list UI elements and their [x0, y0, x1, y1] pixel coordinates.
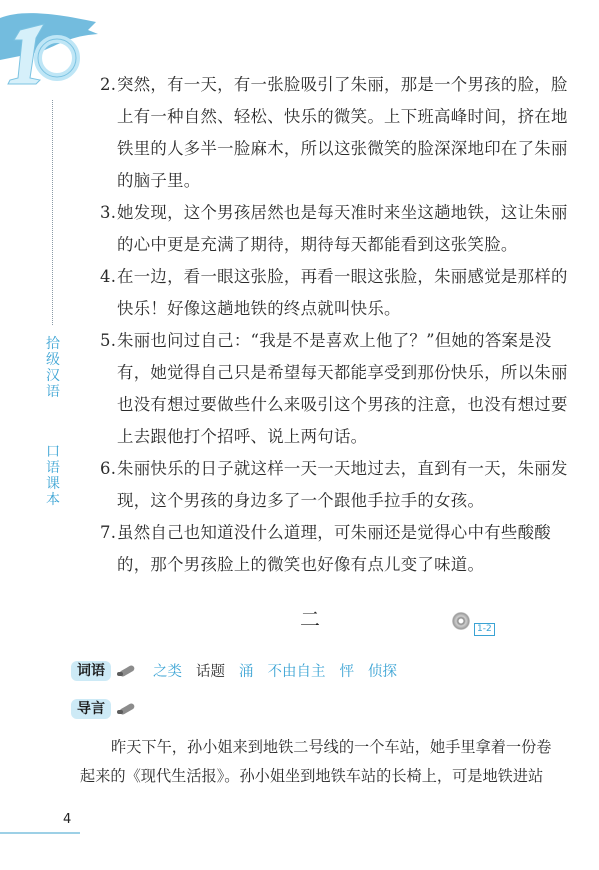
lesson-number-logo: 10: [0, 0, 110, 100]
vocab-word: 之类: [153, 660, 182, 681]
vocabulary-row: 词语 之类 话题 涌 不由自主 怦 侦探: [71, 660, 411, 681]
paragraph-item-7: 7. 虽然自己也知道没什么道理，可朱丽还是觉得心中有些酸酸 的，那个男孩脸上的微…: [100, 517, 545, 581]
vocabulary-list: 之类 话题 涌 不由自主 怦 侦探: [153, 660, 411, 681]
item-number: 7.: [100, 517, 116, 549]
item-number: 4.: [100, 261, 116, 293]
vocabulary-badge: 词语: [71, 661, 111, 681]
vocab-word: 话题: [196, 660, 225, 681]
audio-track-tag: 1-2: [474, 623, 495, 636]
paragraph-item-4: 4. 在一边，看一眼这张脸，再看一眼这张脸，朱丽感觉是那样的 快乐！好像这趟地铁…: [100, 261, 545, 325]
numbered-paragraph-list: 2. 突然，有一天，有一张脸吸引了朱丽，那是一个男孩的脸，脸 上有一种自然、轻松…: [100, 69, 545, 581]
section-heading: 二: [300, 603, 320, 632]
introduction-paragraph: 昨天下午，孙小姐来到地铁二号线的一个车站，她手里拿着一份卷 起来的《现代生活报》…: [80, 733, 550, 791]
pen-icon: [117, 664, 137, 678]
paragraph-item-2: 2. 突然，有一天，有一张脸吸引了朱丽，那是一个男孩的脸，脸 上有一种自然、轻松…: [100, 69, 545, 197]
item-number: 3.: [100, 197, 116, 229]
vocab-word: 不由自主: [268, 660, 326, 681]
paragraph-item-5: 5. 朱丽也问过自己：“我是不是喜欢上他了？”但她的答案是没 有，她觉得自己只是…: [100, 325, 545, 453]
book-title-vertical: 口 语 课 本: [43, 444, 63, 508]
item-number: 5.: [100, 325, 116, 357]
footer-rule: [0, 832, 80, 834]
vocab-word: 涌: [239, 660, 254, 681]
pen-icon: [117, 702, 137, 716]
introduction-row: 导言: [71, 699, 137, 719]
page-number: 4: [63, 812, 71, 827]
paragraph-item-6: 6. 朱丽快乐的日子就这样一天一天地过去，直到有一天，朱丽发 现，这个男孩的身边…: [100, 453, 545, 517]
paragraph-item-3: 3. 她发现，这个男孩居然也是每天准时来坐这趟地铁，这让朱丽 的心中更是充满了期…: [100, 197, 545, 261]
series-title-vertical: 拾 级 汉 语: [43, 336, 63, 400]
cd-icon[interactable]: [452, 612, 470, 630]
item-number: 6.: [100, 453, 116, 485]
side-dotted-rule: [52, 100, 53, 325]
vocab-word: 侦探: [368, 660, 397, 681]
introduction-badge: 导言: [71, 699, 111, 719]
item-number: 2.: [100, 69, 116, 101]
vocab-word: 怦: [340, 660, 355, 681]
